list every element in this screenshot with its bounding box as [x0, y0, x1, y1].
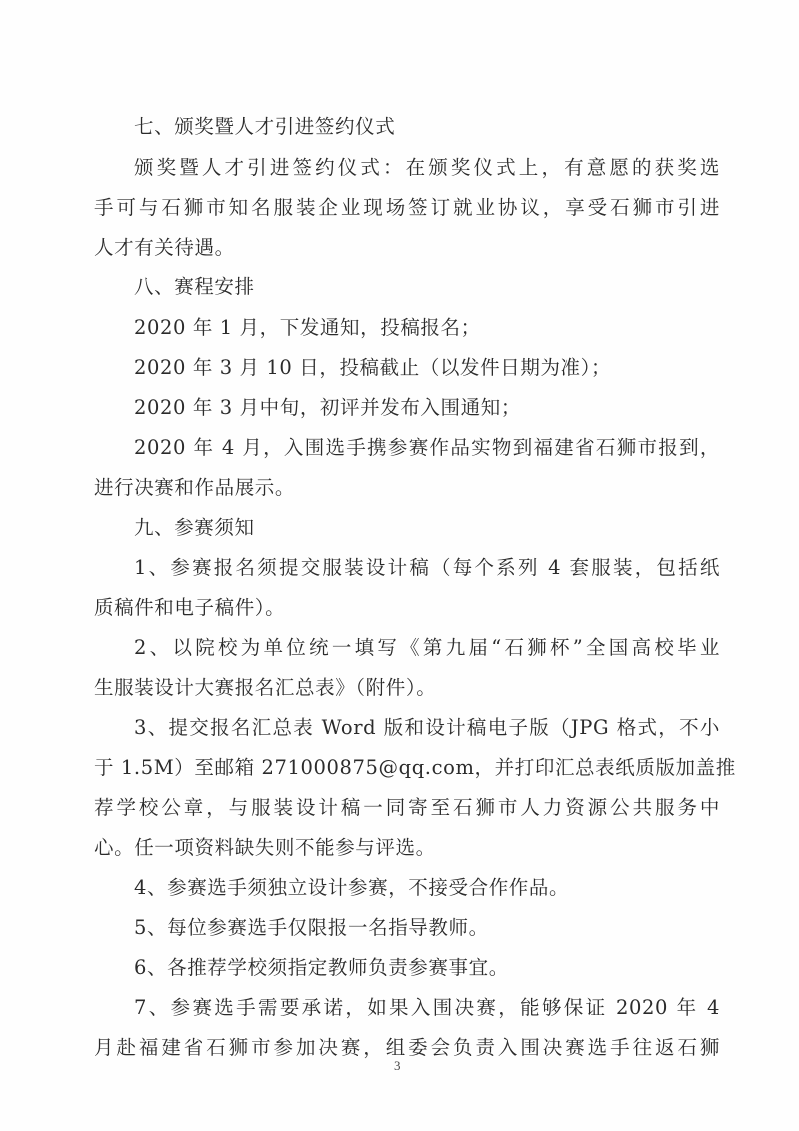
notice-item-2: 2、以院校为单位统一填写《第九届“石狮杯”全国高校毕业: [134, 636, 720, 660]
notice-item-7-continued: 月赴福建省石狮市参加决赛，组委会负责入围决赛选手往返石狮: [94, 1036, 720, 1060]
notice-item-3: 3、提交报名汇总表 Word 版和设计稿电子版（JPG 格式，不小: [134, 716, 720, 740]
schedule-item: 2020 年 3 月 10 日，投稿截止（以发件日期为准）；: [134, 356, 754, 380]
section-heading-9: 九、参赛须知: [134, 516, 754, 540]
notice-item-7: 7、参赛选手需要承诺，如果入围决赛，能够保证 2020 年 4: [134, 996, 720, 1020]
notice-item-3-continued: 荐学校公章，与服装设计稿一同寄至石狮市人力资源公共服务中: [94, 796, 720, 820]
schedule-item-continued: 进行决赛和作品展示。: [94, 476, 714, 500]
page-number: 3: [394, 1058, 401, 1074]
schedule-item: 2020 年 4 月，入围选手携参赛作品实物到福建省石狮市报到，: [134, 436, 720, 460]
section-heading-7: 七、颁奖暨人才引进签约仪式: [134, 115, 754, 139]
paragraph-line: 人才有关待遇。: [94, 236, 714, 260]
notice-item-2-continued: 生服装设计大赛报名汇总表》（附件）。: [94, 676, 714, 700]
paragraph-line: 手可与石狮市知名服装企业现场签订就业协议，享受石狮市引进: [94, 196, 720, 220]
notice-item-1: 1、参赛报名须提交服装设计稿（每个系列 4 套服装，包括纸: [134, 556, 720, 580]
notice-item-3-continued: 心。任一项资料缺失则不能参与评选。: [94, 836, 714, 860]
notice-item-4: 4、参赛选手须独立设计参赛，不接受合作作品。: [134, 876, 754, 900]
schedule-item: 2020 年 3 月中旬，初评并发布入围通知；: [134, 396, 754, 420]
notice-item-5: 5、每位参赛选手仅限报一名指导教师。: [134, 916, 754, 940]
notice-item-6: 6、各推荐学校须指定教师负责参赛事宜。: [134, 956, 754, 980]
paragraph-line: 颁奖暨人才引进签约仪式：在颁奖仪式上，有意愿的获奖选: [134, 156, 720, 180]
section-heading-8: 八、赛程安排: [134, 275, 754, 299]
notice-item-3-continued: 于 1.5M）至邮箱 271000875@qq.com，并打印汇总表纸质版加盖推: [94, 756, 720, 780]
document-page: 七、颁奖暨人才引进签约仪式 颁奖暨人才引进签约仪式：在颁奖仪式上，有意愿的获奖选…: [0, 0, 799, 1131]
schedule-item: 2020 年 1 月，下发通知，投稿报名；: [134, 316, 754, 340]
notice-item-1-continued: 质稿件和电子稿件）。: [94, 596, 714, 620]
